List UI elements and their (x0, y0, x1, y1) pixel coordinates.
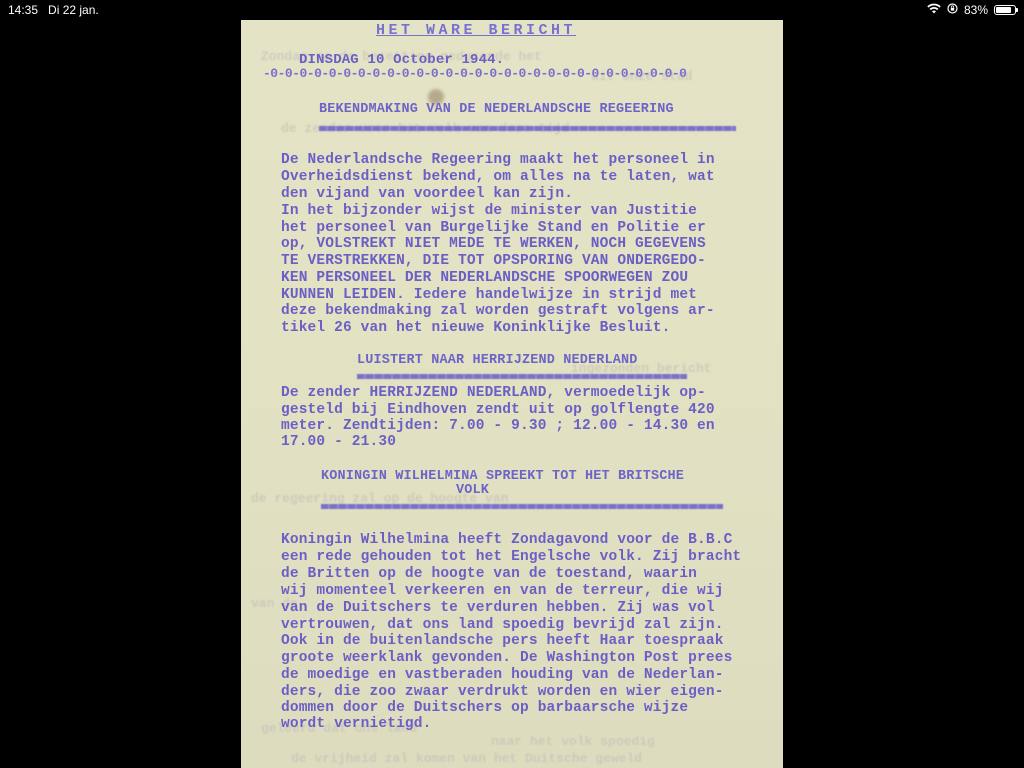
text-line: het personeel van Burgelijke Stand en Po… (281, 220, 706, 236)
status-time: 14:35 (8, 3, 38, 17)
text-line: De Nederlandsche Regeering maakt het per… (281, 152, 715, 168)
text-line: van de Duitschers te verduren hebben. Zi… (281, 600, 715, 616)
text-line: vertrouwen, dat ons land spoedig bevrijd… (281, 617, 724, 633)
section-heading: LUISTERT NAAR HERRIJZEND NEDERLAND (357, 353, 638, 368)
heading-underline (357, 374, 687, 379)
section-heading-line2: VOLK (456, 483, 489, 498)
battery-percent: 83% (964, 3, 988, 17)
text-line: KEN PERSONEEL DER NEDERLANDSCHE SPOORWEG… (281, 270, 688, 286)
text-line: wordt vernietigd. (281, 716, 431, 732)
text-line: KUNNEN LEIDEN. Iedere handelwijze in str… (281, 287, 697, 303)
text-line: tikel 26 van het nieuwe Koninklijke Besl… (281, 320, 670, 336)
section-heading: BEKENDMAKING VAN DE NEDERLANDSCHE REGEER… (319, 102, 674, 117)
text-line: op, VOLSTREKT NIET MEDE TE WERKEN, NOCH … (281, 236, 706, 252)
document-photo: Zondag na de bezetting gedurende het uit… (241, 20, 783, 768)
orientation-lock-icon (947, 3, 958, 17)
text-line: een rede gehouden tot het Engelsche volk… (281, 549, 741, 565)
battery-icon (994, 5, 1016, 15)
text-line: gesteld bij Eindhoven zendt uit op golfl… (281, 402, 715, 418)
text-line: ders, die zoo zwaar verdrukt worden en w… (281, 684, 724, 700)
section-heading: KONINGIN WILHELMINA SPREEKT TOT HET BRIT… (321, 469, 684, 484)
text-line: den vijand van voordeel kan zijn. (281, 186, 573, 202)
text-line: deze bekendmaking zal worden gestraft vo… (281, 303, 715, 319)
text-line: 17.00 - 21.30 (281, 434, 396, 450)
text-line: TE VERSTREKKEN, DIE TOT OPSPORING VAN ON… (281, 253, 706, 269)
text-line: dommen door de Duitschers op barbaarsche… (281, 700, 688, 716)
wifi-icon (927, 3, 941, 17)
text-line: Koningin Wilhelmina heeft Zondagavond vo… (281, 532, 732, 548)
text-line: de Britten op de hoogte van de toestand,… (281, 566, 697, 582)
document-title: HET WARE BERICHT (376, 22, 576, 39)
text-line: wij momenteel verkeeren en van de terreu… (281, 583, 724, 599)
text-line: Overheidsdienst bekend, om alles na te l… (281, 169, 715, 185)
text-line: In het bijzonder wijst de minister van J… (281, 203, 697, 219)
status-date: Di 22 jan. (48, 3, 99, 17)
heading-underline (321, 504, 723, 509)
heading-underline (319, 126, 736, 131)
text-line: groote weerklank gevonden. De Washington… (281, 650, 732, 666)
text-line: De zender HERRIJZEND NEDERLAND, vermoede… (281, 385, 706, 401)
text-line: Ook in de buitenlandsche pers heeft Haar… (281, 633, 724, 649)
separator-line: -0-0-0-0-0-0-0-0-0-0-0-0-0-0-0-0-0-0-0-0… (263, 66, 686, 81)
text-line: de moedige en vastberaden houding van de… (281, 667, 724, 683)
text-line: meter. Zendtijden: 7.00 - 9.30 ; 12.00 -… (281, 418, 715, 434)
status-bar: 14:35 Di 22 jan. 83% (0, 0, 1024, 20)
